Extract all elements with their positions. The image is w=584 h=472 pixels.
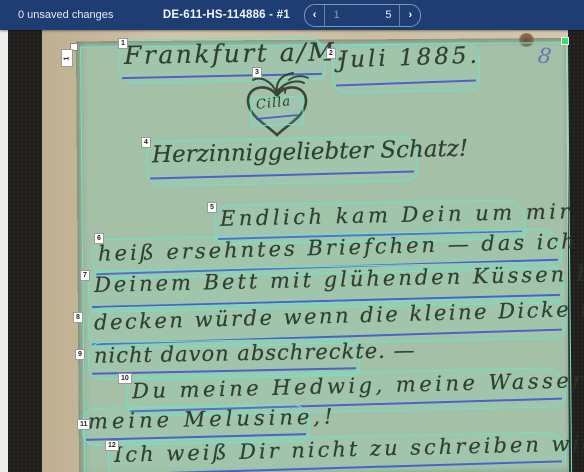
top-navbar: 0 unsaved changes DE-611-HS-114886 - #1 … [0,0,584,30]
handwriting-text: Frankfurt a/M. [124,37,347,70]
line-number-badge[interactable]: 10 [118,373,132,384]
line-number-badge[interactable]: 4 [141,137,151,148]
line-number-badge[interactable]: 11 [77,419,90,430]
line-number-badge[interactable]: 6 [94,233,104,244]
text-line[interactable]: Cilla [234,70,320,144]
text-line[interactable]: Herzinniggeliebter Schatz! [146,138,418,184]
line-number-badge[interactable]: 8 [73,312,83,323]
inked-page-number: 8 [537,43,553,68]
region-number-label: 1 [64,56,71,60]
region-corner-handle-selected[interactable] [561,37,569,45]
line-number-badge[interactable]: 1 [118,38,128,49]
page-navigator: ‹ 1 5 › [304,4,421,27]
text-line[interactable]: Ich weiß Dir nicht zu schreiben wie [108,436,566,472]
line-number-badge[interactable]: 12 [105,440,119,451]
text-line[interactable]: Juli 1885. [332,44,480,92]
heart-doodle: Cilla [234,70,320,144]
line-number-badge[interactable]: 5 [207,202,217,213]
document-title: DE-611-HS-114886 - #1 [163,9,290,21]
total-pages-label: 5 [367,5,399,26]
navbar-center: DE-611-HS-114886 - #1 ‹ 1 5 › [0,4,584,27]
previous-page-button[interactable]: ‹ [305,5,325,26]
line-number-badge[interactable]: 7 [80,270,90,281]
line-number-badge[interactable]: 2 [326,48,336,59]
segmentation-canvas[interactable]: 1 8 Frankfurt a/M. Juli 1885. [0,30,584,472]
region-number-badge[interactable]: 1 [61,49,73,67]
current-page-input[interactable]: 1 [325,5,367,26]
viewer-left-gutter [0,30,8,472]
handwriting-text: Juli 1885. [338,43,481,74]
next-page-button[interactable]: › [400,5,420,26]
line-number-badge[interactable]: 9 [75,349,85,360]
line-number-badge[interactable]: 3 [252,67,262,78]
